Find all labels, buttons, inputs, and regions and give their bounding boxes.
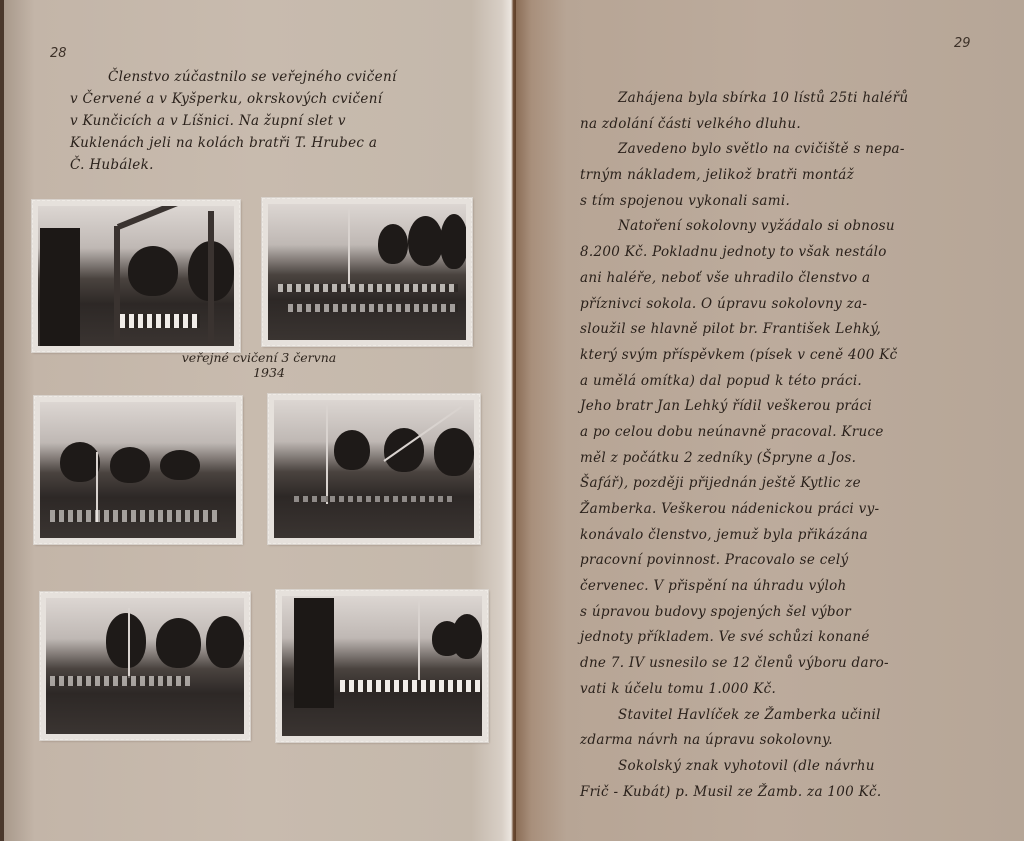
text-line: příznivci sokola. O úpravu sokolovny za-	[580, 292, 1000, 318]
text-line: na zdolání části velkého dluhu.	[580, 112, 1000, 138]
text-line: Kuklenách jeli na kolách bratři T. Hrube…	[70, 132, 470, 154]
text-line: ani haléře, neboť vše uhradilo členstvo …	[580, 266, 1000, 292]
page-number-left: 28	[50, 46, 67, 61]
text-line: Stavitel Havlíček ze Žamberka učinil	[580, 703, 1000, 729]
text-line: pracovní povinnost. Pracovalo se celý	[580, 548, 1000, 574]
caption-line: 1934	[149, 365, 369, 380]
text-line: Zahájena byla sbírka 10 lístů 25ti haléř…	[580, 86, 1000, 112]
photo-caption: veřejné cvičení 3 června 1934	[149, 350, 369, 380]
photo-field-formation	[40, 592, 250, 740]
photo-gymnastics-gate	[32, 200, 240, 352]
text-line: který svým příspěvkem (písek v ceně 400 …	[580, 343, 1000, 369]
photo-women-raised-arms	[276, 590, 488, 742]
text-line: v Kunčicích a v Líšnici. Na župní slet v	[70, 110, 470, 132]
text-line: měl z počátku 2 zedníky (Špryne a Jos.	[580, 446, 1000, 472]
text-line: 8.200 Kč. Pokladnu jednoty to však nestá…	[580, 240, 1000, 266]
text-line: zdarma návrh na úpravu sokolovny.	[580, 728, 1000, 754]
text-line: s tím spojenou vykonali sami.	[580, 189, 1000, 215]
text-line: trným nákladem, jelikož bratři montáž	[580, 163, 1000, 189]
text-line: Členstvo zúčastnilo se veřejného cvičení	[70, 66, 470, 88]
text-line: Natoření sokolovny vyžádalo si obnosu	[580, 214, 1000, 240]
text-line: Č. Hubálek.	[70, 154, 470, 176]
text-line: Frič - Kubát) p. Musil ze Žamb. za 100 K…	[580, 780, 1000, 806]
text-line: a umělá omítka) dal popud k této práci.	[580, 369, 1000, 395]
right-page-text: Zahájena byla sbírka 10 lístů 25ti haléř…	[580, 86, 1000, 805]
text-line: červenec. V přispění na úhradu výloh	[580, 574, 1000, 600]
photo-mass-exercise	[262, 198, 472, 346]
text-line: s úpravou budovy spojených šel výbor	[580, 600, 1000, 626]
text-line: dne 7. IV usnesilo se 12 členů výboru da…	[580, 651, 1000, 677]
text-line: Sokolský znak vyhotovil (dle návrhu	[580, 754, 1000, 780]
caption-line: veřejné cvičení 3 června	[149, 350, 369, 365]
open-book-spread: 28 Členstvo zúčastnilo se veřejného cvič…	[0, 0, 1024, 841]
left-page: 28 Členstvo zúčastnilo se veřejného cvič…	[4, 0, 512, 841]
text-line: vati k účelu tomu 1.000 Kč.	[580, 677, 1000, 703]
text-line: Šafář), později přijednán ještě Kytlic z…	[580, 471, 1000, 497]
right-page: 29 Zahájena byla sbírka 10 lístů 25ti ha…	[516, 0, 1024, 841]
photo-flag-poles	[268, 394, 480, 544]
text-line: Zavedeno bylo světlo na cvičiště s nepa-	[580, 137, 1000, 163]
text-line: Jeho bratr Jan Lehký řídil veškerou prác…	[580, 394, 1000, 420]
text-line: v Červené a v Kyšperku, okrskových cviče…	[70, 88, 470, 110]
photo-flag-exercise	[34, 396, 242, 544]
text-line: jednoty příkladem. Ve své schůzi konané	[580, 625, 1000, 651]
text-line: konávalo členstvo, jemuž byla přikázána	[580, 523, 1000, 549]
page-number-right: 29	[954, 36, 971, 51]
text-line: Žamberka. Veškerou nádenickou práci vy-	[580, 497, 1000, 523]
text-line: a po celou dobu neúnavně pracoval. Kruce	[580, 420, 1000, 446]
left-page-paragraph: Členstvo zúčastnilo se veřejného cvičení…	[70, 66, 470, 176]
text-line: sloužil se hlavně pilot br. František Le…	[580, 317, 1000, 343]
